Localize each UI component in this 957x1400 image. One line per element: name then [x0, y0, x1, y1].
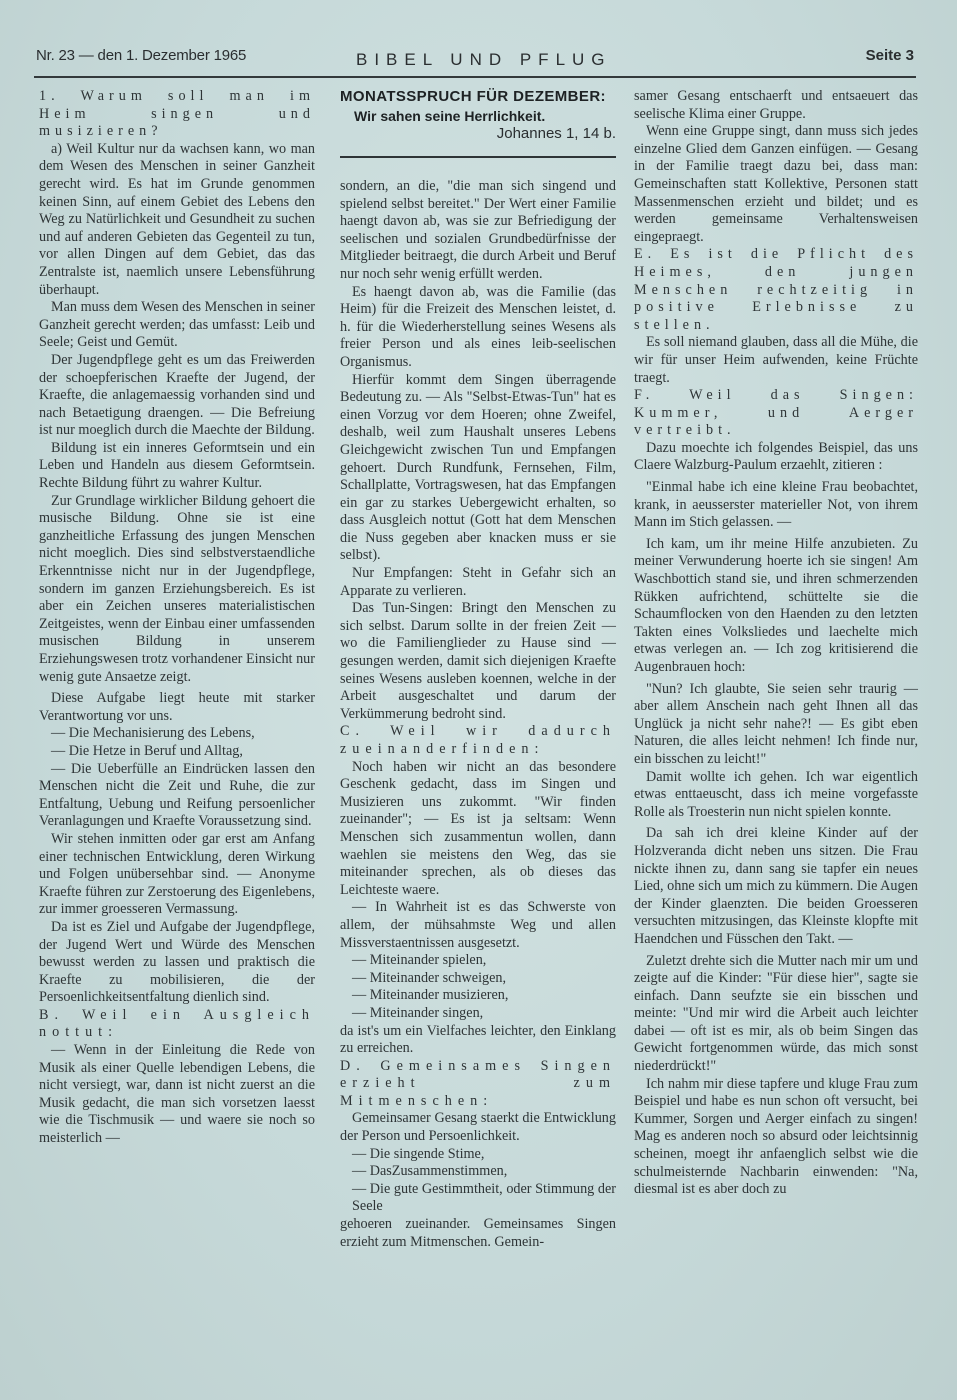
column-right: samer Gesang entschaerft und entsaeuert … — [634, 88, 918, 1199]
motto-reference: Johannes 1, 14 b. — [340, 125, 616, 142]
masthead-title: BIBEL UND PFLUG — [356, 50, 612, 70]
section-heading: E. Es ist die Pflicht des Heimes, den ju… — [634, 246, 918, 334]
paragraph: Bildung ist ein inneres Geformtsein und … — [39, 440, 315, 493]
list-item: — Miteinander musizieren, — [340, 987, 616, 1005]
monthly-motto-box: MONATSSPRUCH FÜR DEZEMBER: Wir sahen sei… — [340, 88, 616, 158]
motto-rule — [340, 156, 616, 158]
paragraph: Es haengt davon ab, was die Familie (das… — [340, 284, 616, 372]
paragraph: Wir stehen inmitten oder gar erst am Anf… — [39, 831, 315, 919]
paragraph: Da sah ich drei kleine Kinder auf der Ho… — [634, 825, 918, 948]
paragraph: — In Wahrheit ist es das Schwerste von a… — [340, 899, 616, 952]
paragraph: Zur Grundlage wirklicher Bildung gehoert… — [39, 493, 315, 687]
paragraph: — Wenn in der Einleitung die Rede von Mu… — [39, 1042, 315, 1148]
page-number: Seite 3 — [866, 47, 914, 64]
section-heading: F. Weil das Singen: Kummer, und Aerger v… — [634, 387, 918, 440]
paragraph: Noch haben wir nicht an das besondere Ge… — [340, 759, 616, 900]
list-item: — Miteinander singen, — [340, 1005, 616, 1023]
issue-date: Nr. 23 — den 1. Dezember 1965 — [36, 47, 246, 64]
column-left: 1. Warum soll man im Heim singen und mus… — [39, 88, 315, 1148]
paragraph: Zuletzt drehte sich die Mutter nach mir … — [634, 953, 918, 1076]
list-item: — Miteinander schweigen, — [340, 970, 616, 988]
section-heading: D. Gemeinsames Singen erzieht zum Mitmen… — [340, 1058, 616, 1111]
paragraph: Ich kam, um ihr meine Hilfe anzubieten. … — [634, 536, 918, 677]
paragraph: "Einmal habe ich eine kleine Frau beobac… — [634, 479, 918, 532]
paragraph: gehoeren zueinander. Gemeinsames Singen … — [340, 1216, 616, 1251]
paragraph: Dazu moechte ich folgendes Beispiel, das… — [634, 440, 918, 475]
paragraph: Da ist es Ziel und Aufgabe der Jugendpfl… — [39, 919, 315, 1007]
list-item: — Die gute Gestimmtheit, oder Stimmung d… — [340, 1181, 616, 1216]
paragraph: Wenn eine Gruppe singt, dann muss sich j… — [634, 123, 918, 246]
paragraph: Damit wollte ich gehen. Ich war eigentli… — [634, 769, 918, 822]
paragraph: da ist's um ein Vielfaches leichter, den… — [340, 1023, 616, 1058]
paragraph: "Nun? Ich glaubte, Sie seien sehr trauri… — [634, 681, 918, 769]
paragraph: sondern, an die, "die man sich singend u… — [340, 178, 616, 284]
list-item: — Die Ueberfülle an Eindrücken lassen de… — [39, 761, 315, 831]
motto-verse: Wir sahen seine Herrlichkeit. — [340, 108, 616, 124]
section-heading: 1. Warum soll man im Heim singen und mus… — [39, 88, 315, 141]
list-item: — Die Mechanisierung des Lebens, — [39, 725, 315, 743]
paragraph: samer Gesang entschaerft und entsaeuert … — [634, 88, 918, 123]
paragraph: Es soll niemand glauben, dass all die Mü… — [634, 334, 918, 387]
paragraph: Diese Aufgabe liegt heute mit starker Ve… — [39, 690, 315, 725]
list-item: — DasZusammenstimmen, — [340, 1163, 616, 1181]
paragraph: Gemeinsamer Gesang staerkt die Entwicklu… — [340, 1110, 616, 1145]
motto-title: MONATSSPRUCH FÜR DEZEMBER: — [340, 88, 616, 105]
page-header: Nr. 23 — den 1. Dezember 1965 BIBEL UND … — [36, 44, 914, 72]
section-heading: B. Weil ein Ausgleich nottut: — [39, 1007, 315, 1042]
paragraph: a) Weil Kultur nur da wachsen kann, wo m… — [39, 141, 315, 299]
paragraph: Hierfür kommt dem Singen überragende Bed… — [340, 372, 616, 566]
paragraph: Der Jugendpflege geht es um das Freiwerd… — [39, 352, 315, 440]
list-item: — Die Hetze in Beruf und Alltag, — [39, 743, 315, 761]
list-item: — Miteinander spielen, — [340, 952, 616, 970]
paragraph: Ich nahm mir diese tapfere und kluge Fra… — [634, 1076, 918, 1199]
column-middle: sondern, an die, "die man sich singend u… — [340, 178, 616, 1251]
list-item: — Die singende Stime, — [340, 1146, 616, 1164]
paragraph: Das Tun-Singen: Bringt den Menschen zu s… — [340, 600, 616, 723]
header-rule — [34, 76, 916, 78]
paragraph: Nur Empfangen: Steht in Gefahr sich an A… — [340, 565, 616, 600]
paragraph: Man muss dem Wesen des Menschen in seine… — [39, 299, 315, 352]
section-heading: C. Weil wir dadurch zueinanderfinden: — [340, 723, 616, 758]
